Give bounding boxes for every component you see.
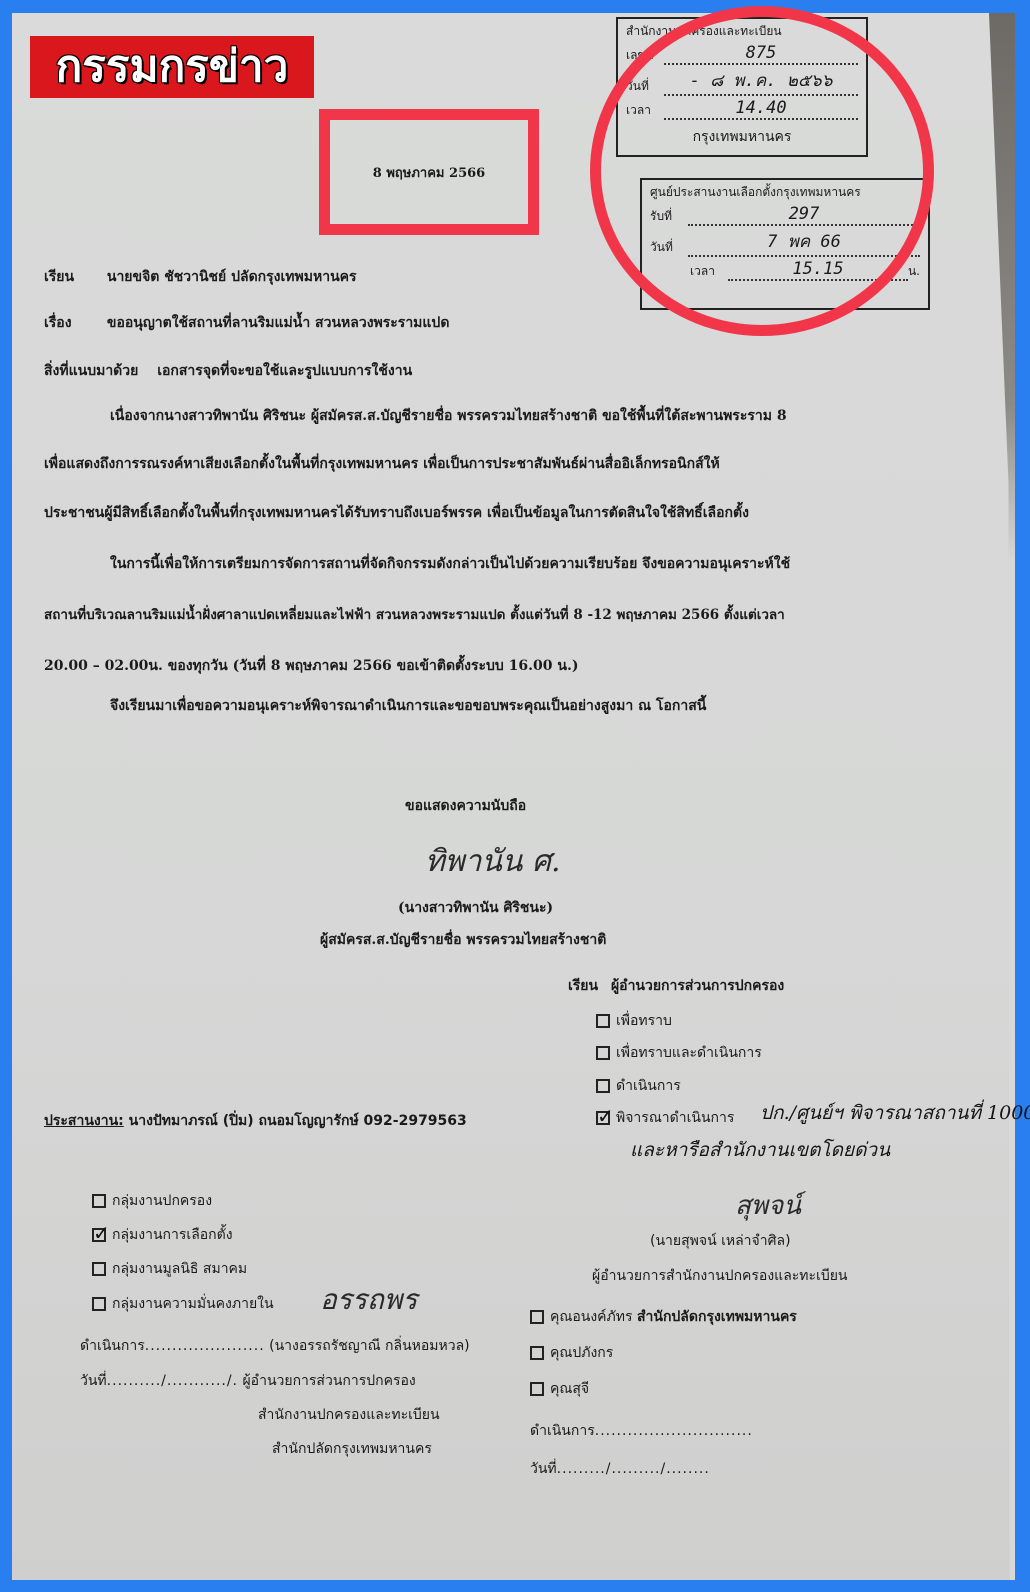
- handwritten-note: ปก./ศูนย์ฯ พิจารณาสถานที่ 1000 คน: [760, 1098, 1030, 1128]
- forward-option-label: คุณปภังกร: [550, 1345, 613, 1361]
- checkbox-checked[interactable]: [92, 1228, 106, 1242]
- attachment-label: สิ่งที่แนบมาด้วย: [44, 363, 138, 379]
- forward-option-label: คุณอนงค์ภัทร: [550, 1309, 633, 1325]
- page-shadow: [989, 13, 1015, 1580]
- signer-title: ผู้สมัครส.ส.บัญชีรายชื่อ พรรครวมไทยสร้าง…: [320, 929, 606, 951]
- group-director-name: (นางอรรถรัชญาณี กลิ่นหอมหวล): [269, 1338, 470, 1354]
- forward-option-suffix: สำนักปลัดกรุงเทพมหานคร: [637, 1309, 797, 1325]
- checkbox[interactable]: [92, 1262, 106, 1276]
- paragraph-1-line-3: ประชาชนผู้มีสิทธิ์เลือกตั้งในพื้นที่กรุง…: [44, 502, 749, 524]
- memo-option-label: เพื่อทราบ: [616, 1013, 672, 1029]
- memo-option-label: พิจารณาดำเนินการ: [616, 1110, 734, 1126]
- director-title: ผู้อำนวยการสำนักงานปกครองและทะเบียน: [592, 1265, 848, 1287]
- checkbox[interactable]: [596, 1046, 610, 1060]
- forward-option-label: คุณสุจี: [550, 1381, 589, 1397]
- checkbox[interactable]: [92, 1297, 106, 1311]
- forward-option[interactable]: คุณสุจี: [530, 1378, 589, 1400]
- checkbox[interactable]: [530, 1310, 544, 1324]
- memo-option[interactable]: พิจารณาดำเนินการ: [596, 1107, 734, 1129]
- group-option[interactable]: กลุ่มงานความมั่นคงภายใน: [92, 1293, 274, 1315]
- checkbox[interactable]: [596, 1014, 610, 1028]
- memo-option[interactable]: ดำเนินการ: [596, 1075, 681, 1097]
- paragraph-1-line-1: เนื่องจากนางสาวทิพานัน ศิริชนะ ผู้สมัครส…: [110, 405, 787, 427]
- memo-option-label: เพื่อทราบและดำเนินการ: [616, 1045, 762, 1061]
- attachment-line: สิ่งที่แนบมาด้วย เอกสารจุดที่จะขอใช้และร…: [44, 360, 412, 382]
- brand-logo: กรรมกรข่าว: [30, 36, 314, 98]
- action-label: ดำเนินการ: [530, 1423, 595, 1439]
- signer-name: (นางสาวทิพานัน ศิริชนะ): [398, 897, 553, 919]
- checkbox[interactable]: [530, 1346, 544, 1360]
- subject-label: เรื่อง: [44, 312, 102, 334]
- paragraph-1-line-2: เพื่อแสดงถึงการรณรงค์หาเสียงเลือกตั้งในพ…: [44, 453, 720, 475]
- memo-recipient: ผู้อำนวยการส่วนการปกครอง: [611, 978, 784, 994]
- date-line: วันที่........./........./........: [530, 1458, 710, 1480]
- group-option[interactable]: กลุ่มงานมูลนิธิ สมาคม: [92, 1258, 247, 1280]
- director-name: (นายสุพจน์ เหล่าจำศิล): [650, 1230, 791, 1252]
- stamp-time-suffix: น.: [908, 262, 920, 281]
- highlighted-date-box: 8 พฤษภาคม 2566: [319, 109, 539, 235]
- action-line: ดำเนินการ...................... (นางอรรถ…: [80, 1335, 470, 1357]
- signature: ทิพานัน ศ.: [425, 838, 561, 885]
- checkbox[interactable]: [596, 1079, 610, 1093]
- paragraph-2-line-2: สถานที่บริเวณลานริมแม่น้ำฝั่งศาลาแปดเหลี…: [44, 603, 785, 625]
- memo-recipient-label: เรียน: [568, 978, 598, 994]
- memo-option[interactable]: เพื่อทราบ: [596, 1010, 672, 1032]
- handwritten-note: และหารือสำนักงานเขตโดยด่วน: [630, 1135, 890, 1165]
- forward-option[interactable]: คุณอนงค์ภัทร สำนักปลัดกรุงเทพมหานคร: [530, 1306, 797, 1328]
- group-option-label: กลุ่มงานความมั่นคงภายใน: [112, 1296, 274, 1312]
- coordinator-label: ประสานงาน:: [44, 1113, 124, 1129]
- paragraph-3: จึงเรียนมาเพื่อขอความอนุเคราะห์พิจารณาดำ…: [110, 695, 706, 717]
- document-date: 8 พฤษภาคม 2566: [373, 162, 485, 183]
- paragraph-2-line-3: 20.00 – 02.00น. ของทุกวัน (วันที่ 8 พฤษภ…: [44, 655, 578, 677]
- group-option[interactable]: กลุ่มงานปกครอง: [92, 1190, 212, 1212]
- group-option-label: กลุ่มงานปกครอง: [112, 1193, 212, 1209]
- checkbox[interactable]: [530, 1382, 544, 1396]
- group-option-label: กลุ่มงานการเลือกตั้ง: [112, 1227, 233, 1243]
- group-director-department: สำนักปลัดกรุงเทพมหานคร: [272, 1438, 432, 1460]
- paragraph-2-line-1: ในการนี้เพื่อให้การเตรียมการจัดการสถานที…: [110, 553, 790, 575]
- group-director-title: ผู้อำนวยการส่วนการปกครอง: [242, 1373, 415, 1389]
- action-label: ดำเนินการ: [80, 1338, 145, 1354]
- date-line: วันที่........../.........../. ผู้อำนวยก…: [80, 1370, 416, 1392]
- memo-option-label: ดำเนินการ: [616, 1078, 681, 1094]
- coordinator-line: ประสานงาน: นางปัทมาภรณ์ (ปิ่ม) ถนอมโญญาร…: [44, 1110, 467, 1132]
- group-option-label: กลุ่มงานมูลนิธิ สมาคม: [112, 1261, 247, 1277]
- memo-recipient-line: เรียน ผู้อำนวยการส่วนการปกครอง: [568, 975, 784, 997]
- attachment: เอกสารจุดที่จะขอใช้และรูปแบบการใช้งาน: [157, 363, 412, 379]
- highlight-circle: [590, 6, 934, 336]
- group-option[interactable]: กลุ่มงานการเลือกตั้ง: [92, 1224, 233, 1246]
- recipient-line: เรียน นายขจิต ชัชวานิชย์ ปลัดกรุงเทพมหาน…: [44, 266, 357, 288]
- coordinator: นางปัทมาภรณ์ (ปิ่ม) ถนอมโญญารักษ์ 092-29…: [129, 1113, 467, 1129]
- checkbox-checked[interactable]: [596, 1111, 610, 1125]
- memo-option[interactable]: เพื่อทราบและดำเนินการ: [596, 1042, 762, 1064]
- date-label: วันที่: [530, 1461, 557, 1477]
- group-director-signature: อรรถพร: [320, 1278, 417, 1322]
- closing: ขอแสดงความนับถือ: [405, 795, 526, 817]
- checkbox[interactable]: [92, 1194, 106, 1208]
- subject: ขออนุญาตใช้สถานที่ลานริมแม่น้ำ สวนหลวงพร…: [107, 315, 450, 331]
- director-signature: สุพจน์: [735, 1185, 801, 1226]
- recipient-label: เรียน: [44, 266, 102, 288]
- subject-line: เรื่อง ขออนุญาตใช้สถานที่ลานริมแม่น้ำ สว…: [44, 312, 449, 334]
- action-line: ดำเนินการ.............................: [530, 1420, 753, 1442]
- group-director-office: สำนักงานปกครองและทะเบียน: [258, 1404, 440, 1426]
- date-label: วันที่: [80, 1373, 107, 1389]
- recipient: นายขจิต ชัชวานิชย์ ปลัดกรุงเทพมหานคร: [107, 269, 357, 285]
- forward-option[interactable]: คุณปภังกร: [530, 1342, 613, 1364]
